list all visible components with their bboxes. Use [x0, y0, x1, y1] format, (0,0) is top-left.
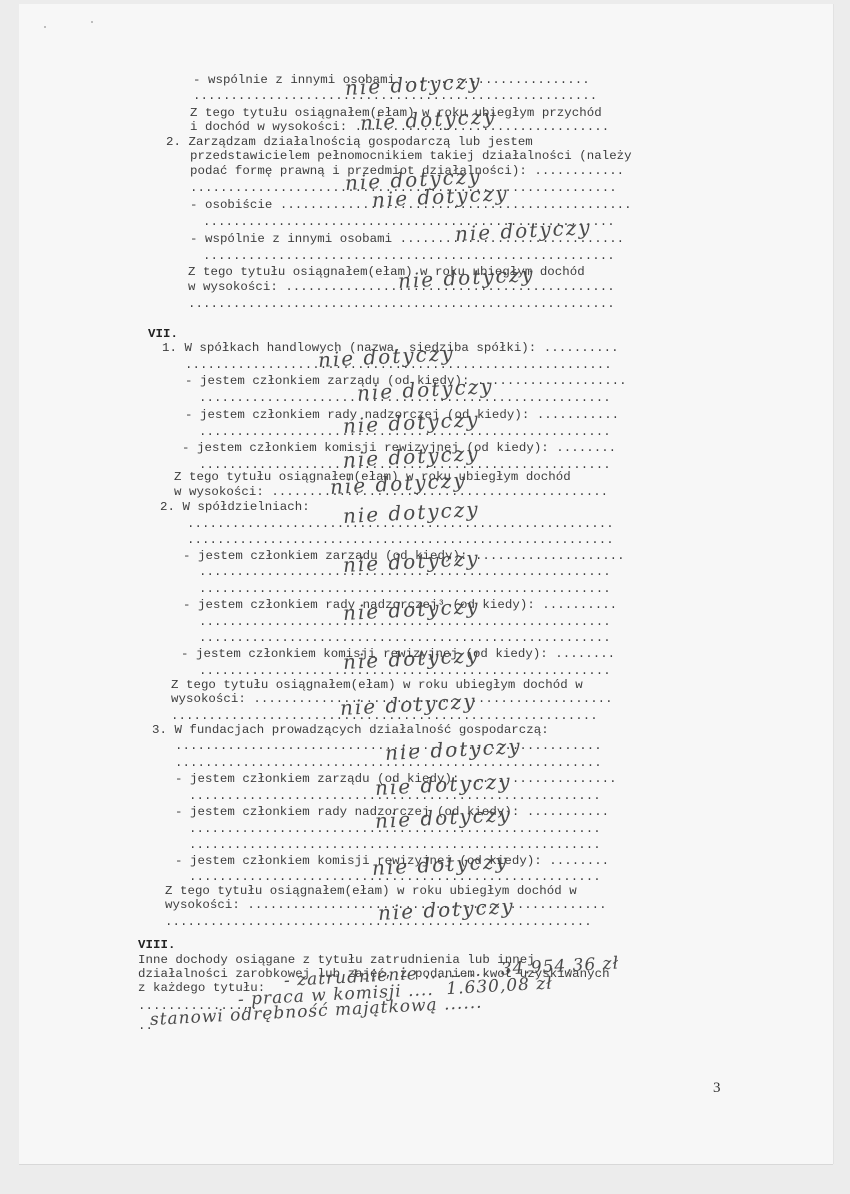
scan-speck: [44, 26, 46, 28]
page-number: 3: [713, 1080, 721, 1097]
form-line: przedstawicielem pełnomocnikiem takiej d…: [190, 149, 632, 163]
form-line: ........................................…: [203, 249, 615, 263]
form-line: ........................................…: [189, 838, 601, 852]
form-line: ........................................…: [199, 631, 611, 645]
form-line: Z tego tytułu osiągnałem(ełam) w roku ub…: [165, 884, 577, 898]
form-line: ........................................…: [199, 582, 611, 596]
form-line: 2. Zarządzam działalnością gospodarczą l…: [166, 135, 533, 149]
form-line: ........................................…: [187, 533, 614, 547]
form-line: 2. W spółdzielniach:: [160, 500, 310, 514]
form-line: ........................................…: [188, 297, 615, 311]
section-heading: VII.: [148, 327, 178, 341]
scan-speck: [91, 21, 93, 23]
form-line: Z tego tytułu osiągnałem(ełam) w roku ub…: [171, 678, 583, 692]
section-heading: VIII.: [138, 938, 175, 952]
